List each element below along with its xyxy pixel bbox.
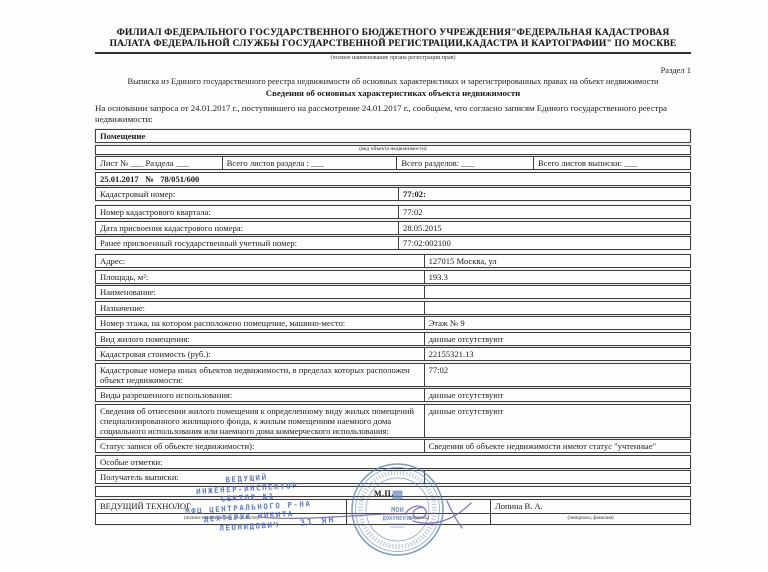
- field-label: Сведения об отнесении жилого помещения к…: [96, 405, 425, 437]
- field-label: Ранее присвоенный государственный учетны…: [96, 237, 399, 249]
- signature-stroke: [258, 514, 407, 519]
- object-type-caption-row: (вид объекта недвижимости): [95, 145, 691, 155]
- field-label: Виды разрешенного использования:: [96, 389, 425, 401]
- field-value: 22155321.13: [425, 348, 690, 360]
- kv-row-record-status: Статус записи об объекте недвижимости): …: [95, 439, 691, 453]
- field-value: 127015 Москва, ул: [425, 255, 690, 267]
- signer-name: Лопина В. А.: [491, 500, 690, 513]
- object-type-value: Помещение: [96, 130, 149, 142]
- field-value: данные отсутствуют: [425, 389, 690, 401]
- field-value: Этаж № 9: [425, 317, 690, 329]
- signature-stroke: [405, 506, 426, 518]
- handwritten-signature: [255, 497, 475, 539]
- field-label: Наименование:: [96, 286, 425, 298]
- kv-row-previous-number: Ранее присвоенный государственный учетны…: [95, 236, 691, 250]
- doc-number-row: 25.01.2017 № 78/051/600: [95, 172, 691, 186]
- field-label: Адрес:: [96, 255, 425, 267]
- field-label: Кадастровые номера иных объектов недвижи…: [96, 364, 425, 386]
- kv-row-quarter-number: Номер кадастрового квартала: 77:02: [95, 205, 691, 219]
- recipient-value: [425, 471, 690, 483]
- field-value: 77:02: [399, 206, 690, 218]
- org-name-underline: [95, 52, 691, 54]
- sheet-total-pages-cell: Всего листов выписки: ___: [534, 157, 690, 169]
- kv-row-floor: Номер этажа, на котором расположено поме…: [95, 316, 691, 330]
- special-marks-label: Особые отметки:: [96, 456, 167, 468]
- field-label: Кадастровый номер:: [96, 188, 399, 200]
- field-label: Дата присвоения кадастрового номера:: [96, 222, 399, 234]
- field-value: 77:02:: [399, 188, 690, 200]
- document-title: Выписка из Единого государственного реес…: [95, 77, 691, 87]
- field-value: 77:02:002100: [399, 237, 690, 249]
- kv-row-other-objects: Кадастровые номера иных объектов недвижи…: [95, 363, 691, 387]
- kv-row-address: Адрес: 127015 Москва, ул: [95, 254, 691, 268]
- sheet-total-section-cell: Всего листов раздела : ___: [223, 157, 398, 169]
- field-label: Вид жилого помещения:: [96, 333, 425, 345]
- name-caption: (инициалы, фамилия): [491, 514, 690, 524]
- field-label: Номер кадастрового квартала:: [96, 206, 399, 218]
- section-label: Раздел 1: [95, 65, 691, 75]
- field-value: 28.05.2015: [399, 222, 690, 234]
- doc-number-value: 25.01.2017 № 78/051/600: [96, 173, 203, 185]
- field-label: Номер этажа, на котором расположено поме…: [96, 317, 425, 329]
- intro-paragraph: На основании запроса от 24.01.2017 г., п…: [95, 103, 691, 125]
- org-name: ФИЛИАЛ ФЕДЕРАЛЬНОГО ГОСУДАРСТВЕННОГО БЮД…: [95, 28, 691, 50]
- field-value: данные отсутствуют: [425, 405, 690, 437]
- kv-row-assign-date: Дата присвоения кадастрового номера: 28.…: [95, 221, 691, 235]
- document-page: ФИЛИАЛ ФЕДЕРАЛЬНОГО ГОСУДАРСТВЕННОГО БЮД…: [0, 0, 768, 572]
- seal-place-mark: М.П.: [374, 489, 394, 498]
- kv-row-cadastral-number: Кадастровый номер: 77:02:: [95, 187, 691, 201]
- document-content: ФИЛИАЛ ФЕДЕРАЛЬНОГО ГОСУДАРСТВЕННОГО БЮД…: [95, 0, 691, 525]
- field-value: [425, 286, 690, 298]
- object-type-caption: (вид объекта недвижимости): [359, 146, 427, 153]
- sheet-row: Лист № ___ Раздела ___ Всего листов разд…: [95, 156, 691, 170]
- field-value: 193.3: [425, 271, 690, 283]
- field-label: Статус записи об объекте недвижимости):: [96, 440, 425, 452]
- org-name-caption: (полное наименование органа регистрации …: [95, 55, 691, 62]
- field-label: Кадастровая стоимость (руб.):: [96, 348, 425, 360]
- field-value: Сведения об объекте недвижимости имеют с…: [425, 440, 690, 452]
- kv-row-permitted-use: Виды разрешенного использования: данные …: [95, 388, 691, 402]
- kv-row-name: Наименование:: [95, 285, 691, 299]
- field-label: Назначение:: [96, 302, 425, 314]
- kv-row-area: Площадь, м²: 193.3: [95, 270, 691, 284]
- document-subtitle: Сведения об основных характеристиках объ…: [95, 88, 691, 98]
- sheet-total-sections-cell: Всего разделов: ___: [397, 157, 534, 169]
- field-label: Площадь, м²:: [96, 271, 425, 283]
- kv-row-purpose: Назначение:: [95, 301, 691, 315]
- field-value: 77:02: [425, 364, 690, 386]
- kv-row-dwelling-type: Вид жилого помещения: данные отсутствуют: [95, 332, 691, 346]
- sheet-number-cell: Лист № ___ Раздела ___: [96, 157, 223, 169]
- kv-row-cadastral-value: Кадастровая стоимость (руб.): 22155321.1…: [95, 347, 691, 361]
- field-value: данные отсутствуют: [425, 333, 690, 345]
- signature-stroke: [447, 501, 462, 528]
- field-value: [425, 302, 690, 314]
- object-type-row: Помещение: [95, 129, 691, 143]
- kv-row-specialized-housing: Сведения об отнесении жилого помещения к…: [95, 404, 691, 438]
